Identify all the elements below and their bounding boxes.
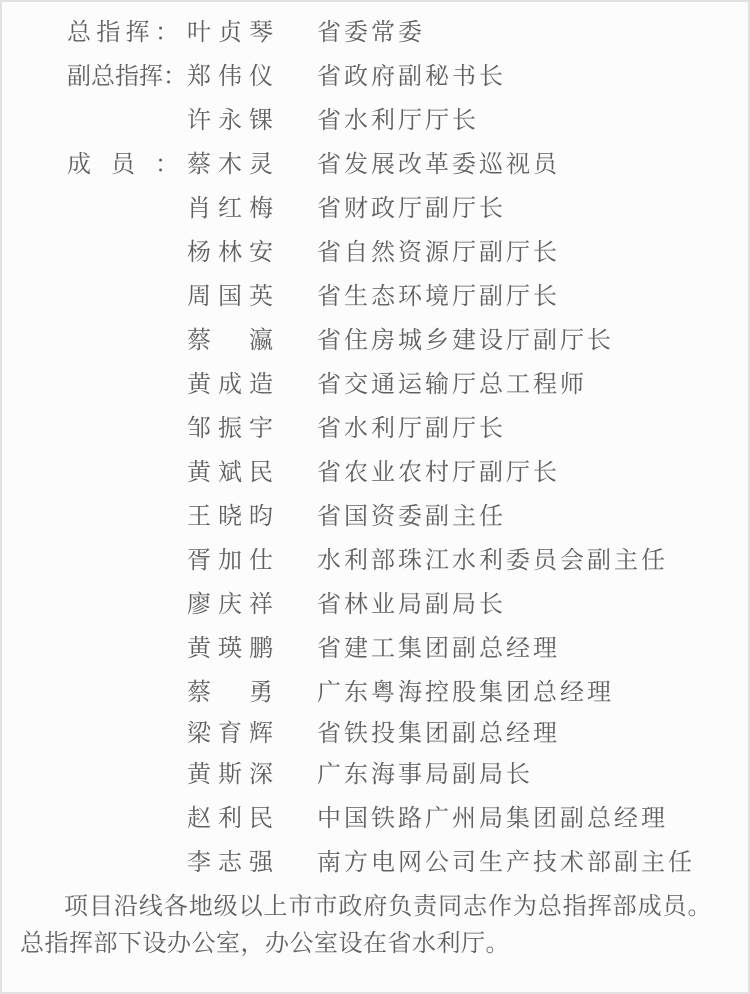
person-position: 南方电网公司生产技术部副主任 xyxy=(317,842,748,877)
person-position: 省财政厅副厅长 xyxy=(317,188,748,223)
person-name: 郑伟仪 xyxy=(187,56,317,91)
person-position: 省政府副秘书长 xyxy=(317,56,748,91)
closing-paragraph: 项目沿线各地级以上市市政府负责同志作为总指挥部成员。总指挥部下设办公室，办公室设… xyxy=(20,889,712,963)
person-position: 省国资委副主任 xyxy=(317,496,748,531)
document-page: 总指挥： 叶贞琴 省委常委 副总指挥： 郑伟仪 省政府副秘书长 许永锞 省水利厅… xyxy=(0,0,750,994)
roster-row: 杨林安 省自然资源厅副厅长 xyxy=(2,227,748,271)
person-position: 省住房城乡建设厅副厅长 xyxy=(317,320,748,355)
person-position: 广东海事局副局长 xyxy=(317,754,748,789)
person-position: 广东粤海控股集团总经理 xyxy=(317,672,748,707)
person-position: 水利部珠江水利委员会副主任 xyxy=(317,540,748,575)
person-name: 黄斌民 xyxy=(187,452,317,487)
person-position: 省建工集团副总经理 xyxy=(317,628,748,663)
roster-row: 王晓昀 省国资委副主任 xyxy=(2,491,748,535)
role-label: 成员： xyxy=(67,144,179,179)
role-label: 总指挥： xyxy=(67,12,179,47)
person-name: 胥加仕 xyxy=(187,540,317,575)
roster-row: 许永锞 省水利厅厅长 xyxy=(2,95,748,139)
person-position: 省自然资源厅副厅长 xyxy=(317,232,748,267)
person-name: 廖庆祥 xyxy=(187,584,317,619)
person-name: 黄瑛鹏 xyxy=(187,628,317,663)
person-name: 黄斯深 xyxy=(187,754,317,789)
roster-row: 邹振宇 省水利厅副厅长 xyxy=(2,403,748,447)
roster-row: 梁育辉 省铁投集团副总经理 xyxy=(2,711,748,749)
person-position: 省生态环境厅副厅长 xyxy=(317,276,748,311)
roster-row: 副总指挥： 郑伟仪 省政府副秘书长 xyxy=(2,51,748,95)
roster-row: 蔡 勇 广东粤海控股集团总经理 xyxy=(2,667,748,711)
person-position: 省发展改革委巡视员 xyxy=(317,144,748,179)
person-position: 省水利厅副厅长 xyxy=(317,408,748,443)
person-position: 省铁投集团副总经理 xyxy=(317,713,748,748)
person-position: 省委常委 xyxy=(317,12,748,47)
person-name: 赵利民 xyxy=(187,798,317,833)
roster-row: 黄瑛鹏 省建工集团副总经理 xyxy=(2,623,748,667)
person-name: 梁育辉 xyxy=(187,713,317,748)
roster-row: 肖红梅 省财政厅副厅长 xyxy=(2,183,748,227)
role-label: 副总指挥： xyxy=(67,56,179,91)
roster-list: 总指挥： 叶贞琴 省委常委 副总指挥： 郑伟仪 省政府副秘书长 许永锞 省水利厅… xyxy=(2,2,748,963)
person-name: 肖红梅 xyxy=(187,188,317,223)
person-name: 周国英 xyxy=(187,276,317,311)
roster-row: 黄成造 省交通运输厅总工程师 xyxy=(2,359,748,403)
person-name: 李志强 xyxy=(187,842,317,877)
roster-row: 廖庆祥 省林业局副局长 xyxy=(2,579,748,623)
person-name: 蔡 瀛 xyxy=(187,320,317,355)
person-name: 黄成造 xyxy=(187,364,317,399)
roster-row: 蔡 瀛 省住房城乡建设厅副厅长 xyxy=(2,315,748,359)
person-name: 邹振宇 xyxy=(187,408,317,443)
person-position: 省交通运输厅总工程师 xyxy=(317,364,748,399)
roster-row: 黄斯深 广东海事局副局长 xyxy=(2,749,748,793)
roster-row: 总指挥： 叶贞琴 省委常委 xyxy=(2,7,748,51)
roster-row: 周国英 省生态环境厅副厅长 xyxy=(2,271,748,315)
person-name: 蔡木灵 xyxy=(187,144,317,179)
person-name: 叶贞琴 xyxy=(187,12,317,47)
roster-row: 成员： 蔡木灵 省发展改革委巡视员 xyxy=(2,139,748,183)
roster-row: 李志强 南方电网公司生产技术部副主任 xyxy=(2,837,748,881)
person-position: 省水利厅厅长 xyxy=(317,100,748,135)
roster-row: 赵利民 中国铁路广州局集团副总经理 xyxy=(2,793,748,837)
person-name: 蔡 勇 xyxy=(187,672,317,707)
roster-row: 胥加仕 水利部珠江水利委员会副主任 xyxy=(2,535,748,579)
roster-row: 黄斌民 省农业农村厅副厅长 xyxy=(2,447,748,491)
person-name: 王晓昀 xyxy=(187,496,317,531)
person-position: 省林业局副局长 xyxy=(317,584,748,619)
person-name: 杨林安 xyxy=(187,232,317,267)
person-name: 许永锞 xyxy=(187,100,317,135)
person-position: 中国铁路广州局集团副总经理 xyxy=(317,798,748,833)
person-position: 省农业农村厅副厅长 xyxy=(317,452,748,487)
